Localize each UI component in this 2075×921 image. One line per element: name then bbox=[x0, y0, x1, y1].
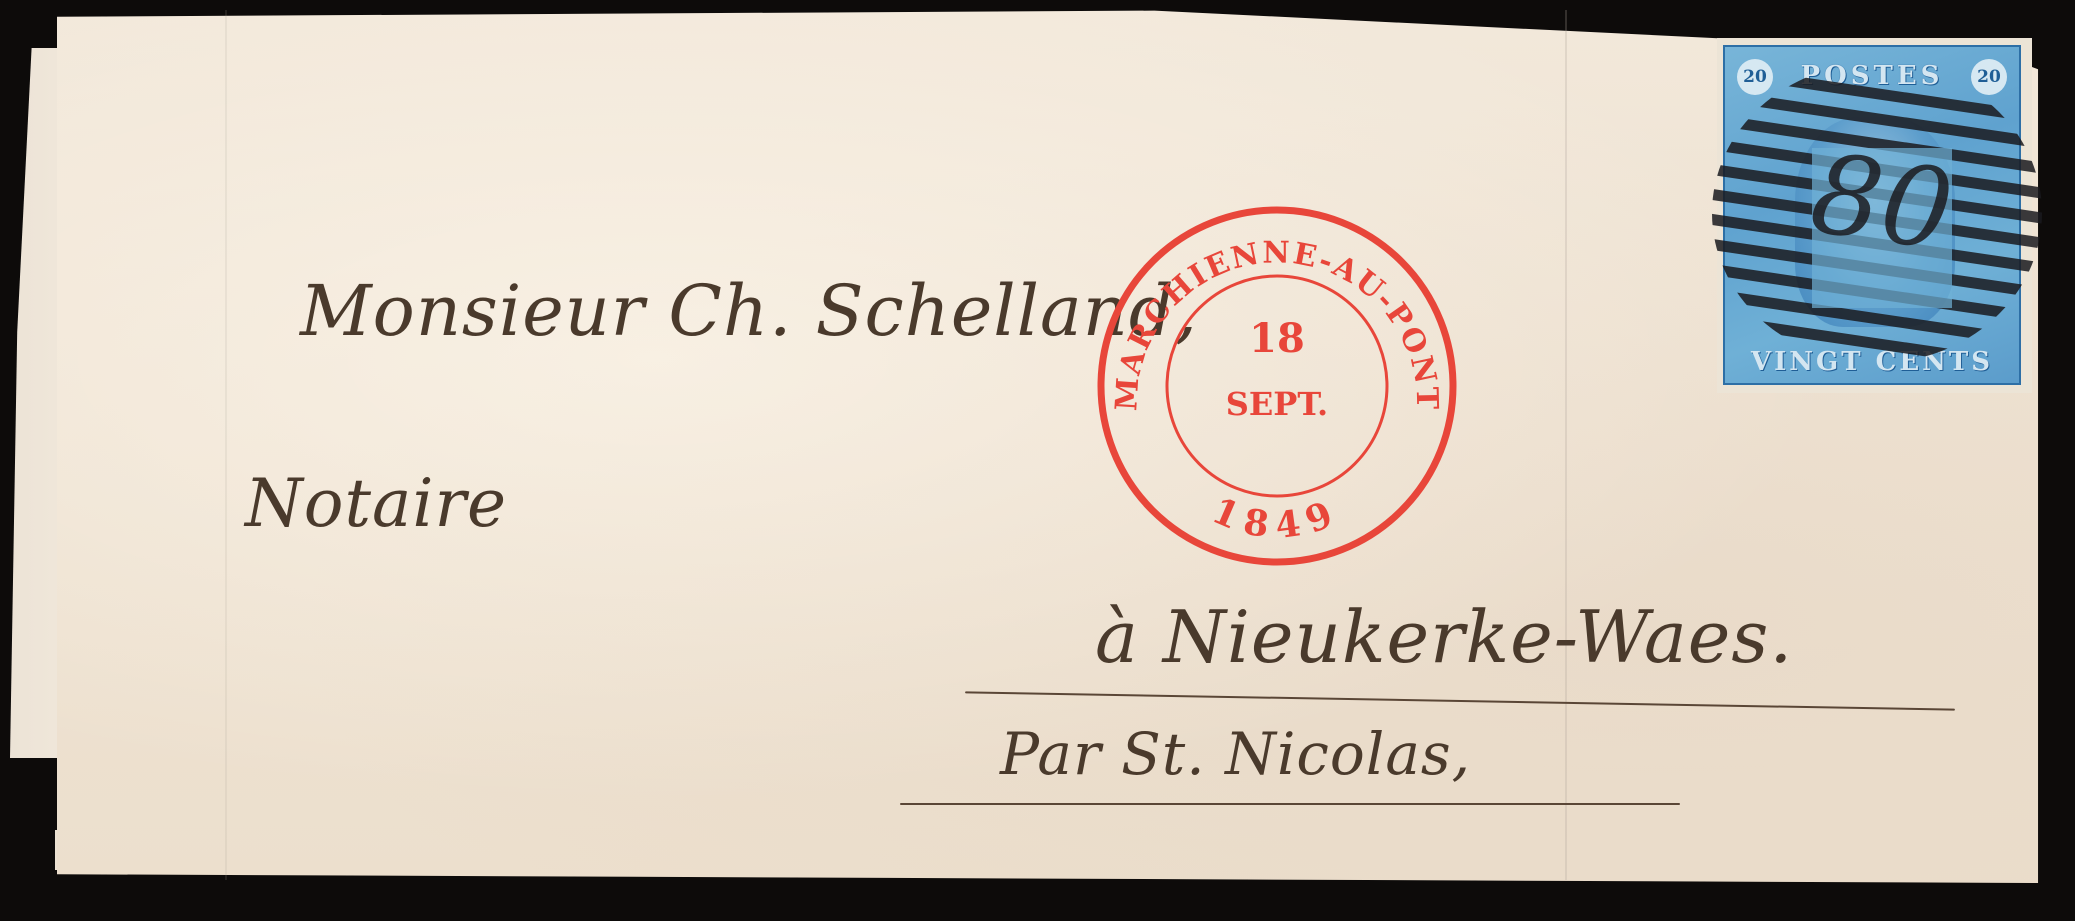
stamp-bottom-inscription: VINGT CENTS bbox=[1725, 347, 2019, 377]
fold-crease bbox=[225, 10, 227, 880]
fold-crease bbox=[1565, 10, 1567, 880]
postmark-day: 18 bbox=[1088, 315, 1466, 362]
postmark-month: SEPT. bbox=[1088, 385, 1466, 423]
address-town: à Nieukerke-Waes. bbox=[1095, 595, 1793, 679]
svg-text:1849: 1849 bbox=[1206, 489, 1348, 547]
address-recipient: Monsieur Ch. Schelland, bbox=[300, 270, 1198, 352]
postmark-year: 1849 bbox=[1206, 489, 1348, 547]
address-routing: Par St. Nicolas, bbox=[1000, 720, 1471, 788]
cancel-number: 80 bbox=[1804, 129, 1960, 275]
stamp-top-inscription: POSTES bbox=[1725, 61, 2019, 91]
postmark-datestamp: MARCHIENNE-AU-PONT 1849 18 SEPT. bbox=[1088, 197, 1466, 575]
address-underline bbox=[900, 803, 1680, 805]
postage-stamp: 20 20 POSTES VINGT CENTS 80 bbox=[1717, 38, 2032, 393]
address-title: Notaire bbox=[245, 465, 507, 542]
